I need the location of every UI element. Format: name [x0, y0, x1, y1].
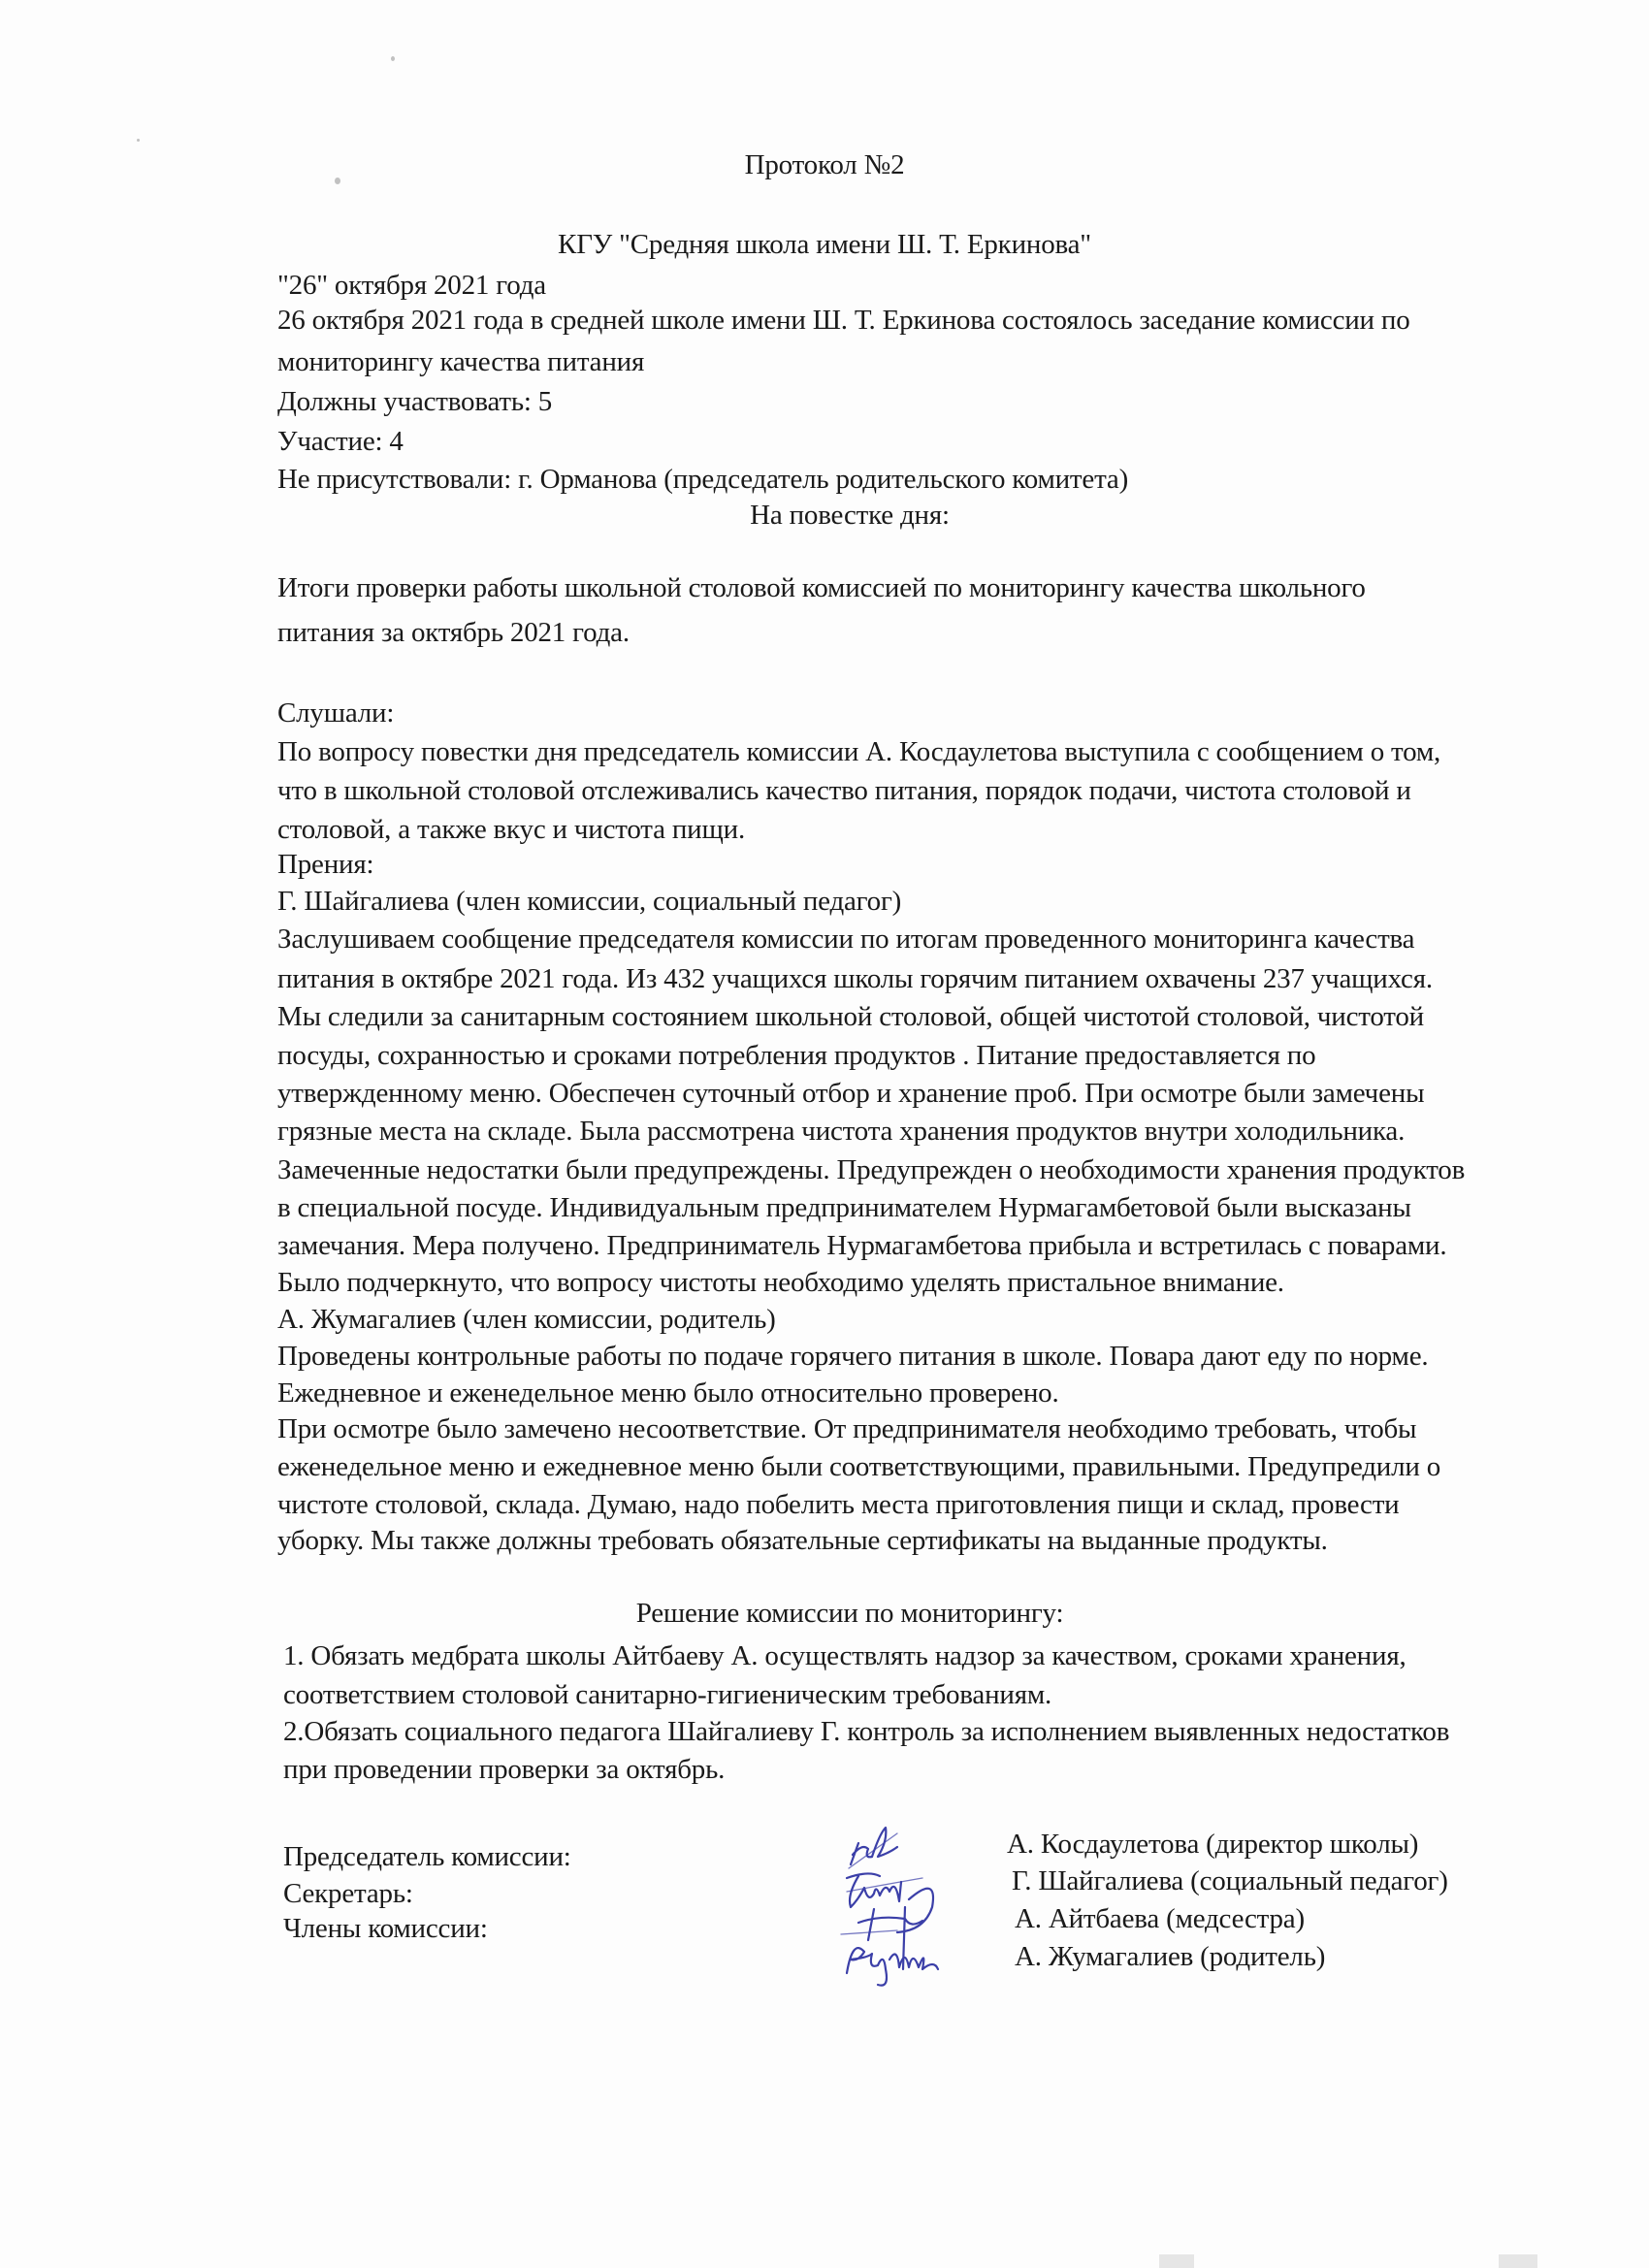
speaker-text-line: Замеченные недостатки были предупреждены…: [277, 1152, 1465, 1187]
debate-heading: Прения:: [277, 847, 373, 882]
decision-line: соответствием столовой санитарно-гигиени…: [283, 1677, 1051, 1712]
speaker-text-line: посуды, сохранностью и сроками потреблен…: [277, 1038, 1315, 1073]
document-title: Протокол №2: [0, 147, 1649, 182]
signature-role: Секретарь:: [283, 1876, 413, 1911]
heard-line: По вопросу повестки дня председатель ком…: [277, 734, 1440, 769]
speaker-text-line: в специальной посуде. Индивидуальным пре…: [277, 1190, 1411, 1225]
signatory-name: А. Айтбаева (медсестра): [1015, 1901, 1305, 1936]
agenda-heading: На повестке дня:: [0, 498, 1649, 533]
decision-line: 2.Обязать социального педагога Шайгалиев…: [283, 1714, 1449, 1749]
signature-role: Члены комиссии:: [283, 1911, 488, 1946]
speaker-text-line: утвержденному меню. Обеспечен суточный о…: [277, 1076, 1424, 1111]
signatory-name: А. Жумагалиев (родитель): [1015, 1939, 1325, 1974]
speaker-text-line: Ежедневное и еженедельное меню было отно…: [277, 1376, 1059, 1410]
decision-line: при проведении проверки за октябрь.: [283, 1752, 725, 1787]
scanned-document-page: Протокол №2 КГУ "Средняя школа имени Ш. …: [0, 0, 1649, 2268]
speaker-name: А. Жумагалиев (член комиссии, родитель): [277, 1302, 776, 1337]
speaker-name: Г. Шайгалиева (член комиссии, социальный…: [277, 884, 901, 919]
speaker-text-line: Мы следили за санитарным состоянием школ…: [277, 999, 1424, 1034]
agenda-line: Итоги проверки работы школьной столовой …: [277, 570, 1366, 605]
speaker-text-line: Заслушиваем сообщение председателя комис…: [277, 922, 1414, 956]
speaker-text-line: замечания. Мера получено. Предпринимател…: [277, 1228, 1446, 1263]
speaker-text-line: Проведены контрольные работы по подаче г…: [277, 1339, 1428, 1374]
scan-artifact: [1159, 2254, 1194, 2268]
organization-name: КГУ "Средняя школа имени Ш. Т. Еркинова": [0, 227, 1649, 262]
agenda-line: питания за октябрь 2021 года.: [277, 615, 630, 650]
heard-line: что в школьной столовой отслеживались ка…: [277, 773, 1411, 808]
handwritten-signatures: [829, 1814, 975, 1998]
decision-heading: Решение комиссии по мониторингу:: [0, 1596, 1649, 1631]
attended-count: Участие: 4: [277, 424, 404, 459]
speaker-text-line: питания в октябре 2021 года. Из 432 учащ…: [277, 961, 1433, 996]
decision-line: 1. Обязать медбрата школы Айтбаеву А. ос…: [283, 1638, 1406, 1673]
scan-artifact: [1499, 2254, 1537, 2268]
absent-members: Не присутствовали: г. Орманова (председа…: [277, 462, 1128, 497]
speaker-text-line: чистоте столовой, склада. Думаю, надо по…: [277, 1487, 1400, 1522]
speaker-text-line: еженедельное меню и ежедневное меню были…: [277, 1449, 1440, 1484]
signatory-name: Г. Шайгалиева (социальный педагог): [1012, 1863, 1448, 1898]
intro-line: 26 октября 2021 года в средней школе име…: [277, 303, 1410, 338]
scan-speck: [391, 56, 395, 61]
signatory-name: А. Косдаулетова (директор школы): [1007, 1827, 1418, 1862]
speaker-text-line: уборку. Мы также должны требовать обязат…: [277, 1523, 1328, 1558]
scan-speck: [137, 139, 140, 142]
document-date: "26" октября 2021 года: [277, 268, 546, 303]
signature-role: Председатель комиссии:: [283, 1839, 571, 1874]
heard-line: столовой, а также вкус и чистота пищи.: [277, 812, 745, 847]
heard-heading: Слушали:: [277, 696, 394, 730]
speaker-text-line: Было подчеркнуто, что вопросу чистоты не…: [277, 1265, 1284, 1300]
speaker-text-line: грязные места на складе. Была рассмотрен…: [277, 1114, 1405, 1149]
should-attend-count: Должны участвовать: 5: [277, 384, 552, 419]
intro-line: мониторингу качества питания: [277, 344, 644, 379]
speaker-text-line: При осмотре было замечено несоответствие…: [277, 1411, 1416, 1446]
